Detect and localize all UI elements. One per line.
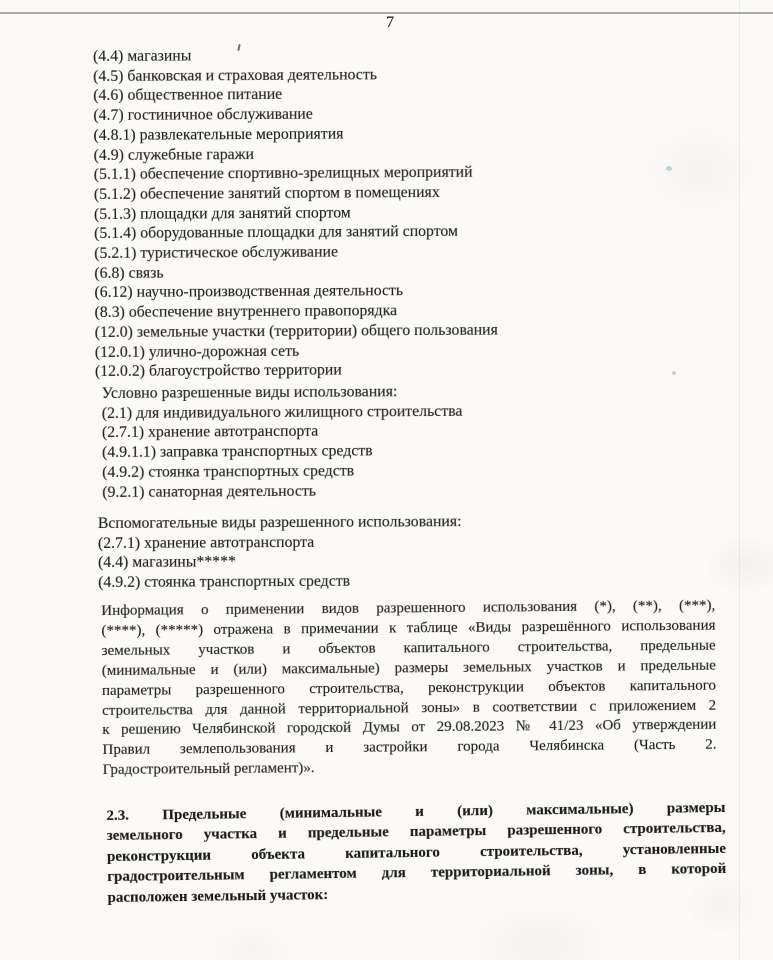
paragraph-line: Градостроительный регламент)». — [103, 756, 717, 781]
list-item: (4.8.1) развлекательные мероприятия — [93, 123, 496, 145]
info-paragraph: Информация о применении видов разрешенно… — [101, 597, 717, 782]
scan-speck-teal — [666, 166, 672, 171]
main-permitted-uses-list: (4.4) магазины(4.5) банковская и страхов… — [93, 45, 498, 382]
list-item: (5.2.1) туристическое обслуживание — [94, 242, 497, 264]
conditional-uses-heading: Условно разрешенные виды использования: — [102, 382, 463, 404]
list-item: (4.9) служебные гаражи — [94, 143, 497, 165]
list-item: (12.0.1) улично-дорожная сеть — [95, 340, 498, 362]
list-item: (12.0) земельные участки (территории) об… — [95, 320, 498, 342]
conditional-uses-list: (2.1) для индивидуального жилищного стро… — [102, 402, 463, 503]
scanned-document-page: 7 (4.4) магазины(4.5) банковская и страх… — [0, 0, 773, 960]
list-item: (4.4) магазины — [93, 45, 496, 67]
scan-seam-line — [739, 0, 740, 960]
list-item: (4.5) банковская и страховая деятельност… — [93, 64, 496, 86]
list-item: (8.3) обеспечение внутреннего правопоряд… — [95, 301, 498, 323]
list-item: (5.1.2) обеспечение занятий спортом в по… — [94, 182, 497, 204]
list-item: (6.12) научно-производственная деятельно… — [94, 281, 497, 303]
auxiliary-uses-heading: Вспомогательные виды разрешенного исполь… — [98, 512, 462, 534]
list-item: (2.7.1) хранение автотранспорта — [102, 421, 463, 443]
list-item: (5.1.4) оборудованные площадки для занят… — [94, 222, 497, 244]
auxiliary-uses-list: (2.7.1) хранение автотранспорта(4.4) маг… — [98, 532, 462, 593]
page-number: 7 — [386, 14, 395, 32]
list-item: (4.9.2) стоянка транспортных средств — [102, 461, 463, 483]
conditional-uses-section: Условно разрешенные виды использования: … — [102, 382, 463, 502]
list-item: (6.8) связь — [94, 261, 497, 283]
scan-speck-gray — [672, 371, 676, 375]
list-item: (2.7.1) хранение автотранспорта — [98, 532, 462, 554]
list-item: (5.1.3) площадки для занятий спортом — [94, 202, 497, 224]
list-item: (4.9.1.1) заправка транспортных средств — [102, 441, 463, 463]
list-item: (4.9.2) стоянка транспортных средств — [98, 571, 462, 593]
list-item: (4.6) общественное питание — [93, 84, 496, 106]
list-item: (4.7) гостиничное обслуживание — [93, 104, 496, 126]
section-2-3-paragraph: 2.3. Предельные (минимальные и (или) мак… — [106, 798, 726, 908]
list-item: (9.2.1) санаторная деятельность — [102, 480, 463, 502]
auxiliary-uses-section: Вспомогательные виды разрешенного исполь… — [98, 512, 462, 593]
list-item: (5.1.1) обеспечение спортивно-зрелищных … — [94, 163, 497, 185]
list-item: (2.1) для индивидуального жилищного стро… — [102, 402, 463, 424]
list-item: (12.0.2) благоустройство территории — [95, 360, 498, 382]
list-item: (4.4) магазины***** — [98, 552, 462, 574]
